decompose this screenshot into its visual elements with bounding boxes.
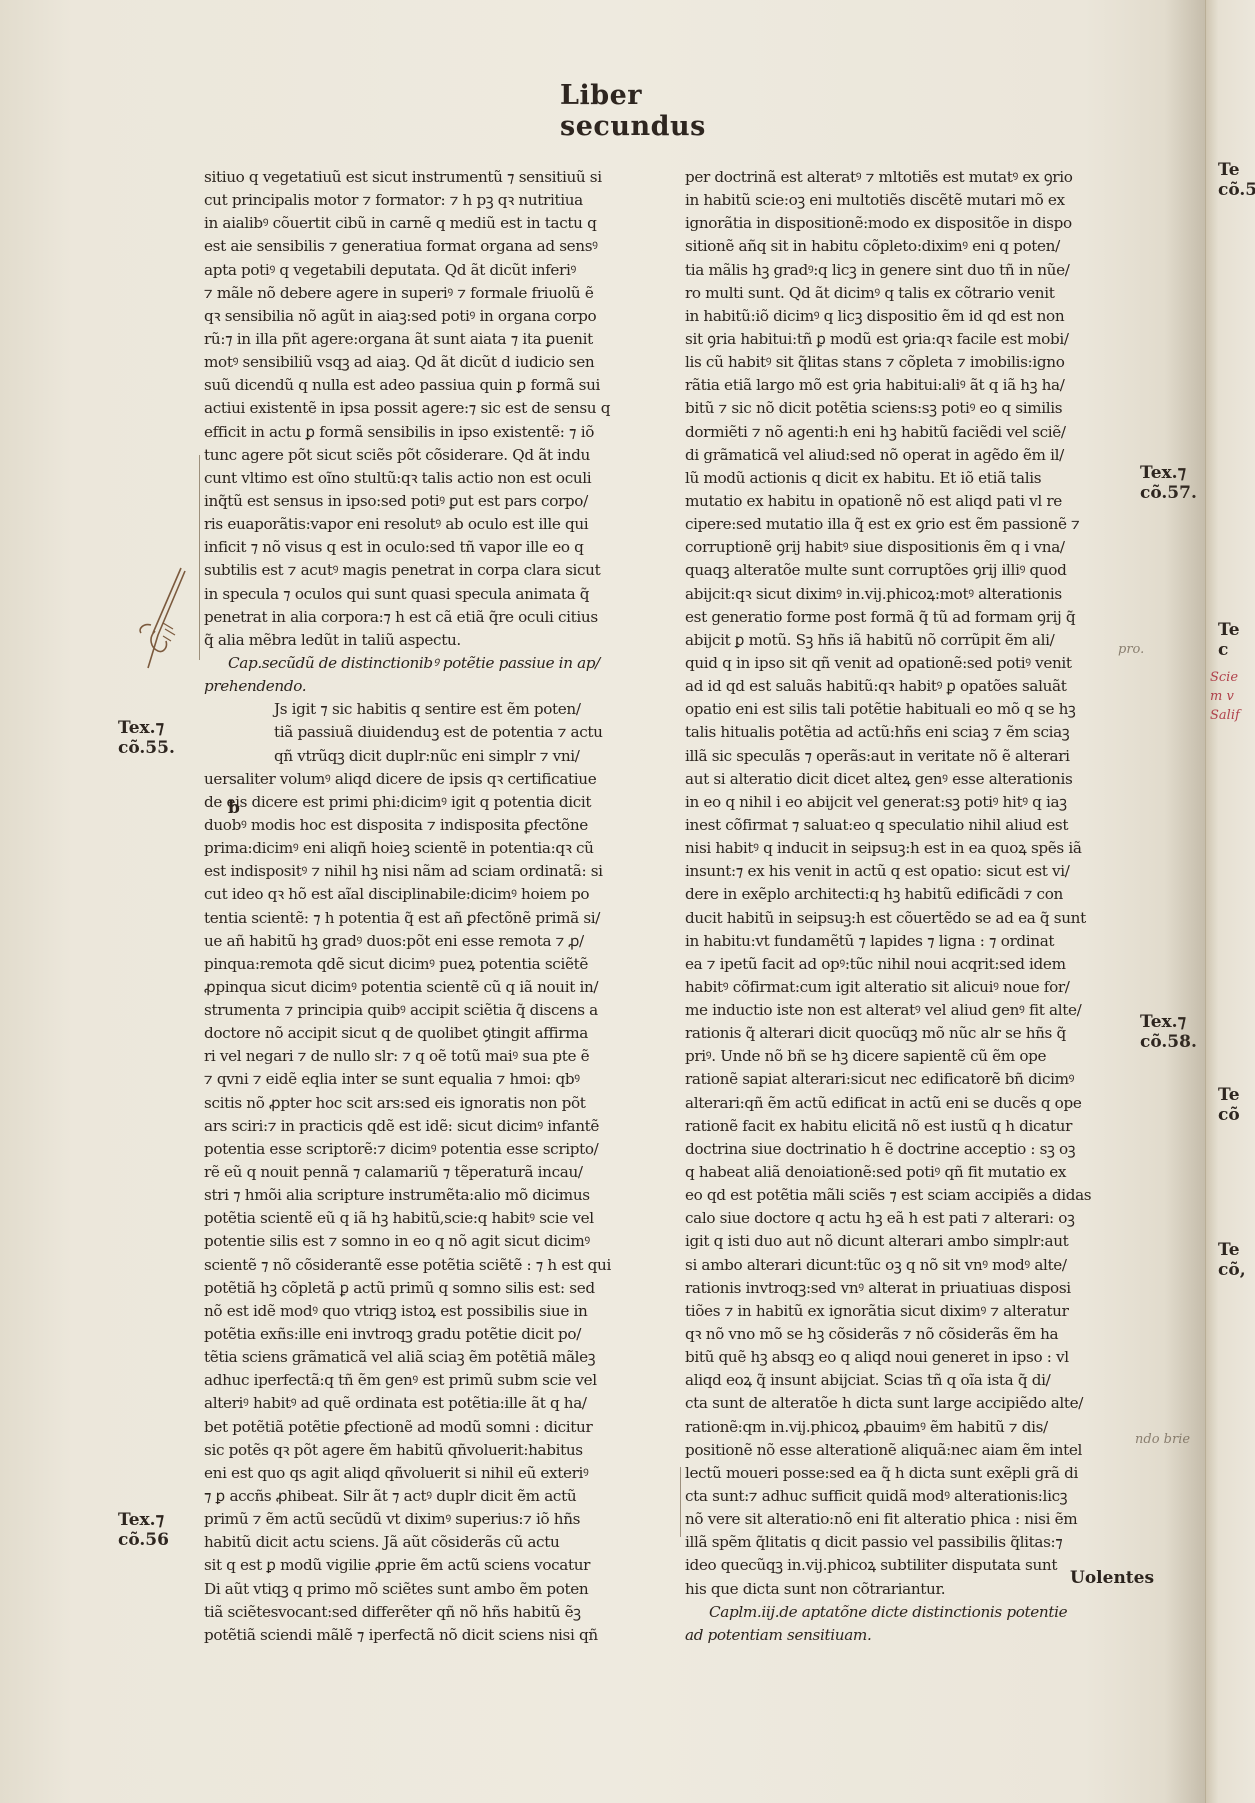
text-line: potentie silis est ⁊ somno in eo q nõ ag… [204,1230,644,1253]
text-line: Di aũt vtiqꝫ q primo mõ sciẽtes sunt amb… [204,1578,644,1601]
text-line: actiui existentẽ in ipsa possit agere:⁊ … [204,397,644,420]
margin-ref-line: Tex.⁊ [118,1510,169,1530]
text-line: per doctrinã est alteratꝰ ⁊ mltotiẽs est… [685,166,1133,189]
text-line: talis hitualis potẽtia ad actũ:hñs eni s… [685,721,1133,744]
red-note-line: Salif [1210,706,1240,725]
text-line: in habitu:vt fundamẽtũ ⁊ lapides ⁊ ligna… [685,930,1133,953]
text-line: stri ⁊ hmõi alia scripture instrumẽta:al… [204,1184,644,1207]
text-line: in eo q nihil i eo abijcit vel generat:s… [685,791,1133,814]
text-line: alteriꝰ habitꝰ ad quẽ ordinata est potẽt… [204,1392,644,1415]
text-line: rationis invtroqꝫ:sed vnꝰ alterat in pri… [685,1277,1133,1300]
text-line: potẽtia exñs:ille eni invtroqꝫ gradu pot… [204,1323,644,1346]
margin-ref-line: Te [1218,1240,1255,1260]
text-line: aliqd eoꝝ q̃ insunt abijciat. Scias tñ q… [685,1369,1133,1392]
margin-ref-line: Te [1218,620,1255,640]
text-line: lectũ moueri posse:sed ea q̃ h dicta sun… [685,1462,1133,1485]
text-line: potẽtiã sciendi mãlẽ ⁊ iperfectã nõ dici… [204,1624,644,1647]
text-line: efficit in actu ꝑ formã sensibilis in ip… [204,421,644,444]
text-line: cipere:sed mutatio illa q̃ est ex ꝯrio e… [685,513,1133,536]
text-line: bet potẽtiã potẽtie ꝑfectionẽ ad modũ so… [204,1416,644,1439]
text-line: ars sciri:⁊ in practicis qdẽ est idẽ: si… [204,1115,644,1138]
text-line: eni est quo qs agit aliqd qñvoluerit si … [204,1462,644,1485]
text-line: de eis dicere est primi phi:dicimꝰ igit … [204,791,644,814]
text-line: rationẽ facit ex habitu elicitã nõ est i… [685,1115,1133,1138]
text-line: calo siue doctore q actu hꝫ eã h est pat… [685,1207,1133,1230]
text-line: inficit ⁊ nõ visus q est in oculo:sed tñ… [204,536,644,559]
margin-ref-line: cõ.5 [1218,180,1255,200]
margin-reference: Tex.⁊cõ.58. [1140,1012,1197,1052]
catchword: Uolentes [1070,1568,1154,1588]
margin-reference: Tex.⁊cõ.56 [118,1510,169,1550]
text-line: corruptionẽ ꝯrij habitꝰ siue disposition… [685,536,1133,559]
text-line: alterari:qñ ẽm actũ edificat in actũ eni… [685,1092,1133,1115]
text-line: ad id qd est saluãs habitũ:qꝛ habitꝰ ꝑ o… [685,675,1133,698]
handwritten-annotation: pro. [1118,640,1144,659]
text-line: duobꝰ modis hoc est disposita ⁊ indispos… [204,814,644,837]
text-line: his que dicta sunt non cõtrariantur. [685,1578,1133,1601]
text-line: subtilis est ⁊ acutꝰ magis penetrat in c… [204,559,644,582]
text-line: penetrat in alia corpora:⁊ h est cã etiã… [204,606,644,629]
text-line: dere in exẽplo architecti:q hꝫ habitũ ed… [685,883,1133,906]
text-line: scientẽ ⁊ nõ cõsiderantẽ esse potẽtia sc… [204,1254,644,1277]
text-line: scitis nõ ꝓpter hoc scit ars:sed eis ign… [204,1092,644,1115]
text-line: ro multi sunt. Qd ãt dicimꝰ q talis ex c… [685,282,1133,305]
text-line: tiã sciẽtesvocant:sed differẽter qñ nõ h… [204,1601,644,1624]
text-line: di grãmaticã vel aliud:sed nõ operat in … [685,444,1133,467]
margin-bracket [199,455,200,660]
text-line: rũ:⁊ in illa pñt agere:organa ãt sunt ai… [204,328,644,351]
text-line: doctrina siue doctrinatio h ẽ doctrine a… [685,1138,1133,1161]
margin-ref-line: cõ, [1218,1260,1255,1280]
text-line: tentia scientẽ: ⁊ h potentia q̃ est añ ꝑ… [204,907,644,930]
text-line: ꝓpinqua sicut dicimꝰ potentia scientẽ cũ… [204,976,644,999]
text-line: primũ ⁊ ẽm actũ secũdũ vt diximꝰ superiu… [204,1508,644,1531]
text-line: rationẽ:qm in.vij.phicoꝝ ꝓbauimꝰ ẽm habi… [685,1416,1133,1439]
text-line: adhuc iperfectã:q tñ ẽm genꝰ est primũ s… [204,1369,644,1392]
text-line: inest cõfirmat ⁊ saluat:eo q speculatio … [685,814,1133,837]
text-line: Js igit ⁊ sic habitis q sentire est ẽm p… [204,698,644,721]
text-line: sitiuo q vegetatiuũ est sicut instrument… [204,166,644,189]
text-line: sit q est ꝑ modũ vigilie ꝓprie ẽm actũ s… [204,1554,644,1577]
text-line: ignorãtia in dispositionẽ:modo ex dispos… [685,212,1133,235]
margin-ref-line: Tex.⁊ [118,718,175,738]
next-page-margin-reference: Tec [1218,620,1255,660]
text-line: Caplm.iij.de aptatõne dicte distinctioni… [685,1601,1133,1624]
text-line: nisi habitꝰ q inducit in seipsuꝫ:h est i… [685,837,1133,860]
manicule-icon [133,563,193,673]
text-line: potẽtiã hꝫ cõpletã ꝑ actũ primũ q somno … [204,1277,644,1300]
left-column: sitiuo q vegetatiuũ est sicut instrument… [204,166,644,1647]
text-line: doctore nõ accipit sicut q de quolibet ꝯ… [204,1022,644,1045]
next-page-edge: Tecõ.5TecTecõTecõ,Sciem vSalif [1205,0,1255,1803]
text-line: bitũ quẽ hꝫ absqꝫ eo q aliqd noui genere… [685,1346,1133,1369]
text-line: si ambo alterari dicunt:tũc oꝫ q nõ sit … [685,1254,1133,1277]
text-line: ea ⁊ ipetũ facit ad opꝰ:tũc nihil noui a… [685,953,1133,976]
right-column: per doctrinã est alteratꝰ ⁊ mltotiẽs est… [685,166,1133,1647]
margin-reference: Tex.⁊cõ.55. [118,718,175,758]
text-line: in habitũ scie:oꝫ eni multotiẽs discẽtẽ … [685,189,1133,212]
text-line: tẽtia sciens grãmaticã vel aliã sciaꝫ ẽm… [204,1346,644,1369]
text-line: sic potẽs qꝛ põt agere ẽm habitũ qñvolue… [204,1439,644,1462]
text-line: cta sunt de alteratõe h dicta sunt large… [685,1392,1133,1415]
running-head: Liber secundus [560,80,780,142]
text-line: cunt vltimo est oĩno stultũ:qꝛ talis act… [204,467,644,490]
text-line: in habitũ:iõ dicimꝰ q licꝫ dispositio ẽm… [685,305,1133,328]
text-line: sit ꝯria habitui:tñ ꝑ modũ est ꝯria:qꝛ f… [685,328,1133,351]
text-line: opatio eni est silis tali potẽtie habitu… [685,698,1133,721]
text-line: in aialibꝰ cõuertit cibũ in carnẽ q medi… [204,212,644,235]
text-line: ri vel negari ⁊ de nullo slr: ⁊ q oẽ tot… [204,1045,644,1068]
text-line: cut ideo qꝛ hõ est aĩal disciplinabile:d… [204,883,644,906]
text-line: rẽ eũ q nouit pennã ⁊ calamariũ ⁊ tẽpera… [204,1161,644,1184]
text-line: qñ vtrũqꝫ dicit duplr:nũc eni simplr ⁊ v… [204,745,644,768]
margin-ref-line: c [1218,640,1255,660]
text-line: nõ est idẽ modꝰ quo vtriqꝫ istoꝝ est pos… [204,1300,644,1323]
text-line: est generatio forme post formã q̃ tũ ad … [685,606,1133,629]
margin-ref-line: cõ.56 [118,1530,169,1550]
next-page-margin-reference: Tecõ.5 [1218,160,1255,200]
margin-reference: Tex.⁊cõ.57. [1140,463,1197,503]
red-note-line: Scie [1210,668,1240,687]
text-line: bitũ ⁊ sic nõ dicit potẽtia sciens:sꝫ po… [685,397,1133,420]
text-line: tiã passiuã diuidenduꝫ est de potentia ⁊… [204,721,644,744]
text-line: potentia esse scriptorẽ:⁊ dicimꝰ potenti… [204,1138,644,1161]
text-line: ris euaporãtis:vapor eni resolutꝰ ab ocu… [204,513,644,536]
text-line: abijcit:qꝛ sicut diximꝰ in.vij.phicoꝝ:mo… [685,583,1133,606]
text-line: uersaliter volumꝰ aliqd dicere de ipsis … [204,768,644,791]
text-line: lis cũ habitꝰ sit q̃litas stans ⁊ cõplet… [685,351,1133,374]
text-line: lũ modũ actionis q dicit ex habitu. Et i… [685,467,1133,490]
section-letter: b [228,798,240,818]
text-line: ⁊ ꝑ accñs ꝓhibeat. Silr ãt ⁊ actꝰ duplr … [204,1485,644,1508]
text-line: insunt:⁊ ex his venit in actũ q est opat… [685,860,1133,883]
margin-ref-line: cõ.57. [1140,483,1197,503]
text-line: habitũ dicit actu sciens. Jã aũt cõsider… [204,1531,644,1554]
text-line: abijcit ꝑ motũ. Sꝫ hñs iã habitũ nõ corr… [685,629,1133,652]
text-line: dormiẽti ⁊ nõ agenti:h eni hꝫ habitũ fac… [685,421,1133,444]
margin-ref-line: cõ [1218,1105,1255,1125]
text-line: suũ dicendũ q nulla est adeo passiua qui… [204,374,644,397]
text-line: illã sic speculãs ⁊ operãs:aut in verita… [685,745,1133,768]
text-line: ⁊ mãle nõ debere agere in superiꝰ ⁊ form… [204,282,644,305]
text-line: ⁊ qvni ⁊ eidẽ eqlia inter se sunt equali… [204,1068,644,1091]
text-line: q̃ alia mẽbra ledũt in taliũ aspectu. [204,629,644,652]
red-handwritten-note: Sciem vSalif [1210,668,1240,725]
next-page-margin-reference: Tecõ, [1218,1240,1255,1280]
text-line: prima:dicimꝰ eni aliqñ hoieꝫ scientẽ in … [204,837,644,860]
text-line: quid q in ipso sit qñ venit ad opationẽ:… [685,652,1133,675]
text-line: igit q isti duo aut nõ dicunt alterari a… [685,1230,1133,1253]
text-line: strumenta ⁊ principia quibꝰ accipit sciẽ… [204,999,644,1022]
text-line: est indispositꝰ ⁊ nihil hꝫ nisi nãm ad s… [204,860,644,883]
margin-ref-line: Tex.⁊ [1140,1012,1197,1032]
text-line: rationis q̃ alterari dicit quocũqꝫ mõ nũ… [685,1022,1133,1045]
text-line: ad potentiam sensitiuam. [685,1624,1133,1647]
text-line: me inductio iste non est alteratꝰ vel al… [685,999,1133,1022]
margin-ref-line: Te [1218,160,1255,180]
text-line: tiões ⁊ in habitũ ex ignorãtia sicut dix… [685,1300,1133,1323]
red-note-line: m v [1210,687,1240,706]
text-line: qꝛ nõ vno mõ se hꝫ cõsiderãs ⁊ nõ cõside… [685,1323,1133,1346]
text-line: rationẽ sapiat alterari:sicut nec edific… [685,1068,1133,1091]
text-line: tia mãlis hꝫ gradꝰ:q licꝫ in genere sint… [685,259,1133,282]
text-line: est aie sensibilis ⁊ generatiua format o… [204,235,644,258]
margin-ref-line: Te [1218,1085,1255,1105]
text-line: illã spẽm q̃litatis q dicit passio vel p… [685,1531,1133,1554]
text-line: nõ vere sit alteratio:nõ eni fit alterat… [685,1508,1133,1531]
text-line: ideo quecũqꝫ in.vij.phicoꝝ subtiliter di… [685,1554,1133,1577]
text-line: cta sunt:⁊ adhuc sufficit quidã modꝰ alt… [685,1485,1133,1508]
text-line: ducit habitũ in seipsuꝫ:h est cõuertẽdo … [685,907,1133,930]
text-line: tunc agere põt sicut sciẽs põt cõsiderar… [204,444,644,467]
text-line: eo qd est potẽtia mãli sciẽs ⁊ est sciam… [685,1184,1133,1207]
text-line: cut principalis motor ⁊ formator: ⁊ h pꝫ… [204,189,644,212]
text-line: ue añ habitũ hꝫ gradꝰ duos:põt eni esse … [204,930,644,953]
text-line: sitionẽ añq sit in habitu cõpleto:diximꝰ… [685,235,1133,258]
text-line: habitꝰ cõfirmat:cum igit alteratio sit a… [685,976,1133,999]
text-line: prehendendo. [204,675,644,698]
text-line: motꝰ sensibiliũ vsqꝫ ad aiaꝫ. Qd ãt dicũ… [204,351,644,374]
handwritten-annotation: ndo brie [1135,1430,1190,1449]
next-page-margin-reference: Tecõ [1218,1085,1255,1125]
text-line: apta potiꝰ q vegetabili deputata. Qd ãt … [204,259,644,282]
text-line: potẽtia scientẽ eũ q iã hꝫ habitũ,scie:q… [204,1207,644,1230]
margin-ref-line: Tex.⁊ [1140,463,1197,483]
text-line: aut si alteratio dicit dicet alteꝝ genꝰ … [685,768,1133,791]
text-line: quaqꝫ alteratõe multe sunt corruptões ꝯr… [685,559,1133,582]
text-line: mutatio ex habitu in opationẽ nõ est ali… [685,490,1133,513]
text-line: positionẽ nõ esse alterationẽ aliquã:nec… [685,1439,1133,1462]
text-line: priꝰ. Unde nõ bñ se hꝫ dicere sapientẽ c… [685,1045,1133,1068]
margin-ref-line: cõ.55. [118,738,175,758]
book-page: Liber secundus sitiuo q vegetatiuũ est s… [0,0,1205,1803]
text-line: in specula ⁊ oculos qui sunt quasi specu… [204,583,644,606]
text-line: Cap.secũdũ de distinctionibꝰ potẽtie pas… [204,652,644,675]
text-line: q habeat aliã denoiationẽ:sed potiꝰ qñ f… [685,1161,1133,1184]
margin-ref-line: cõ.58. [1140,1032,1197,1052]
text-line: qꝛ sensibilia nõ agũt in aiaꝫ:sed potiꝰ … [204,305,644,328]
margin-bracket [680,1467,681,1537]
text-line: inq̃tũ est sensus in ipso:sed potiꝰ ꝑut … [204,490,644,513]
text-line: pinqua:remota qdẽ sicut dicimꝰ pueꝝ pote… [204,953,644,976]
text-line: rãtia etiã largo mõ est ꝯria habitui:ali… [685,374,1133,397]
